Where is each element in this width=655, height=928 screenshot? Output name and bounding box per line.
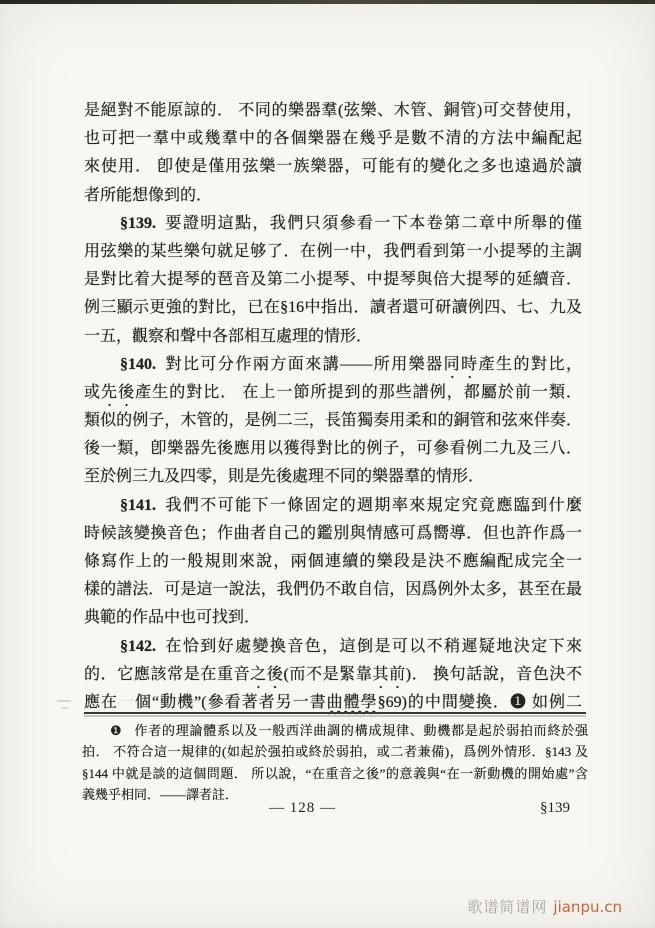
line-text: 至於例三九及四零，則是先後處理不同的樂器羣的情形． — [84, 468, 484, 485]
watermark-site-name: 歌谱简谱网 — [467, 898, 547, 916]
paragraph-line: 也可把一羣中或幾羣中的各個樂器在幾乎是數不清的方法中編配起 — [84, 125, 582, 153]
paragraph-line: 或先後產生的對比． 在上一節所提到的那些譜例，都屬於前一類． — [84, 379, 582, 407]
watermark-site-url: jianpu.cn — [553, 898, 622, 916]
watermark: 歌谱简谱网jianpu.cn — [467, 896, 622, 917]
paragraph-line: 樣的譜法．可是這一說法，我們仍不敢自信，因爲例外太多，甚至在最 — [84, 576, 582, 604]
body-text: 是絕對不能原諒的． 不同的樂器羣(弦樂、木管、銅管)可交替使用， 也可把一羣中或… — [84, 97, 582, 717]
line-text: 應在 — [84, 694, 118, 711]
line-text: 是對比着大提琴的琶音及第二小提琴、中提琴與倍大提琴的延續音． — [84, 271, 582, 288]
paragraph-line: 的．它應該常是在重音之後(而不是緊靠其前)． 換句話說，音色決不 — [84, 661, 582, 689]
scanned-book-page: 是絕對不能原諒的． 不同的樂器羣(弦樂、木管、銅管)可交替使用， 也可把一羣中或… — [0, 0, 655, 928]
line-text: 後一類，卽樂器先後應用以獲得對比的例子，可參看例二九及三八． — [84, 440, 582, 457]
paragraph-line: §141.我們不可能下一條固定的週期率來規定究竟應臨到什麼 — [84, 492, 582, 520]
footnote: ❶作者的理論體系以及一般西洋曲調的構成規律、動機都是起於弱拍而終於强 拍． 不符… — [82, 720, 588, 805]
paragraph-line: §142.在恰到好處變換音色，這倒是可以不稍遲疑地決定下來 — [84, 633, 582, 661]
emphasized-text: 同時 — [444, 356, 479, 373]
paragraph-line: 後一類，卽樂器先後應用以獲得對比的例子，可參看例二九及三八． — [84, 435, 582, 463]
section-number: §141. — [120, 497, 156, 514]
line-text: 作者的理論體系以及一般西洋曲調的構成規律、動機都是起於弱拍而終於强 — [134, 723, 588, 738]
line-text: 我們不可能下一條固定的週期率來規定究竟應臨到什麼 — [164, 497, 582, 514]
paragraph-line: 例三顯示更強的對比，已在§16中指出．讀者還可研讀例四、七、九及 — [84, 294, 582, 322]
paragraph-line: 條寫作上的一般規則來說，兩個連續的樂段是決不應編配成完全一 — [84, 548, 582, 576]
line-text: 的．它應該常是在重音 — [84, 666, 250, 683]
paragraph-line: 時候該變換音色；作曲者自己的鑑別與情感可爲嚮導．但也許作爲一 — [84, 520, 582, 548]
footnote-separator — [84, 712, 586, 714]
paragraph-line: 是絕對不能原諒的． 不同的樂器羣(弦樂、木管、銅管)可交替使用， — [84, 97, 582, 125]
line-text: 用弦樂的某些樂句就足够了．在例一中，我們看到第一小提琴的主調 — [84, 243, 582, 260]
line-text: 產生的對比． 在上一節所提到的那些譜例，都屬於前一類． — [135, 384, 582, 401]
line-text: 對比可分作兩方面來講——所用樂器 — [164, 356, 444, 373]
line-text: 者所能想像到的． — [84, 187, 212, 204]
paragraph-line: §140.對比可分作兩方面來講——所用樂器同時產生的對比， — [84, 351, 582, 379]
line-text: 時候該變換音色；作曲者自己的鑑別與情感可爲嚮導．但也許作爲一 — [84, 525, 582, 542]
line-text: 也可把一羣中或幾羣中的各個樂器在幾乎是數不清的方法中編配起 — [84, 130, 582, 147]
footnote-marker: ❶ — [510, 694, 527, 711]
page-number: — 128 — — [269, 800, 336, 817]
scan-speck — [61, 707, 69, 709]
section-reference: §139 — [540, 800, 570, 817]
line-text: 是絕對不能原諒的． 不同的樂器羣(弦樂、木管、銅管)可交替使用， — [84, 102, 582, 119]
line-text: 在恰到好處變換音色，這倒是可以不稍遲疑地決定下來 — [164, 638, 582, 655]
line-text: 一五，觀察和聲中各部相互處理的情形． — [84, 328, 372, 345]
scan-edge-artifact — [0, 0, 655, 4]
section-number: §139. — [120, 215, 156, 232]
line-text: 類似的例子，木管的，是例二三，長笛獨奏用柔和的銅管和弦來伴奏． — [84, 412, 582, 429]
scan-speck — [57, 700, 71, 702]
section-number: §142. — [120, 638, 156, 655]
line-text: 來使用． 卽使是僅用弦樂一族樂器，可能有的變化之多也遠過於讀 — [84, 158, 582, 175]
paragraph-line: 來使用． 卽使是僅用弦樂一族樂器，可能有的變化之多也遠過於讀 — [84, 153, 582, 181]
line-text: 典範的作品中也可找到． — [84, 609, 260, 626]
line-text: §69)的中間變換． — [378, 694, 510, 711]
page-footer: — 128 — §139 — [84, 800, 582, 820]
footnote-line: 拍． 不符合這一規律的(如起於强拍或終於弱拍，或二者兼備)，爲例外情形．§143… — [82, 741, 588, 762]
line-text: (而不是緊靠 — [283, 666, 372, 683]
footnote-marker: ❶ — [110, 723, 122, 738]
line-text: 如例二 — [527, 694, 582, 711]
paragraph-line: 用弦樂的某些樂句就足够了．在例一中，我們看到第一小提琴的主調 — [84, 238, 582, 266]
line-text: 或 — [84, 384, 101, 401]
footnote-line: ❶作者的理論體系以及一般西洋曲調的構成規律、動機都是起於弱拍而終於强 — [82, 720, 588, 741]
paragraph-line: 者所能想像到的． — [84, 182, 582, 210]
paragraph-line: 是對比着大提琴的琶音及第二小提琴、中提琴與倍大提琴的延續音． — [84, 266, 582, 294]
emphasized-text: 之後 — [250, 666, 283, 683]
line-text: )． 換句話說，音色決不 — [406, 666, 582, 683]
faint-character: 一 — [118, 694, 135, 711]
paragraph-line: 一五，觀察和聲中各部相互處理的情形． — [84, 323, 582, 351]
paragraph-line: 典範的作品中也可找到． — [84, 604, 582, 632]
line-text: 產生的對比， — [479, 356, 582, 373]
emphasized-text: 先後 — [101, 384, 135, 401]
line-text: 個“動機”(參看著者另一書 — [135, 694, 327, 711]
line-text: 要證明這點，我們只須參看一下本卷第二章中所舉的僅 — [164, 215, 582, 232]
line-text: 條寫作上的一般規則來說，兩個連續的樂段是決不應編配成完全一 — [84, 553, 582, 570]
line-text: 例三顯示更強的對比，已在§16中指出．讀者還可研讀例四、七、九及 — [84, 299, 582, 316]
paragraph-line: 至於例三九及四零，則是先後處理不同的樂器羣的情形． — [84, 463, 582, 491]
footnote-line: §144 中就是談的這個問題． 所以說，“在重音之後”的意義與“在一新動機的開始… — [82, 763, 588, 784]
section-number: §140. — [120, 356, 156, 373]
paragraph-line: §139.要證明這點，我們只須參看一下本卷第二章中所舉的僅 — [84, 210, 582, 238]
line-text: §144 中就是談的這個問題． 所以說，“在重音之後”的意義與“在一新動機的開始… — [82, 766, 588, 781]
book-title-underlined: 曲體學 — [327, 694, 378, 711]
line-text: 拍． 不符合這一規律的(如起於强拍或終於弱拍，或二者兼備)，爲例外情形．§143… — [82, 744, 588, 759]
paragraph-line: 類似的例子，木管的，是例二三，長笛獨奏用柔和的銅管和弦來伴奏． — [84, 407, 582, 435]
line-text: 樣的譜法．可是這一說法，我們仍不敢自信，因爲例外太多，甚至在最 — [84, 581, 582, 598]
emphasized-text: 其前 — [373, 666, 406, 683]
